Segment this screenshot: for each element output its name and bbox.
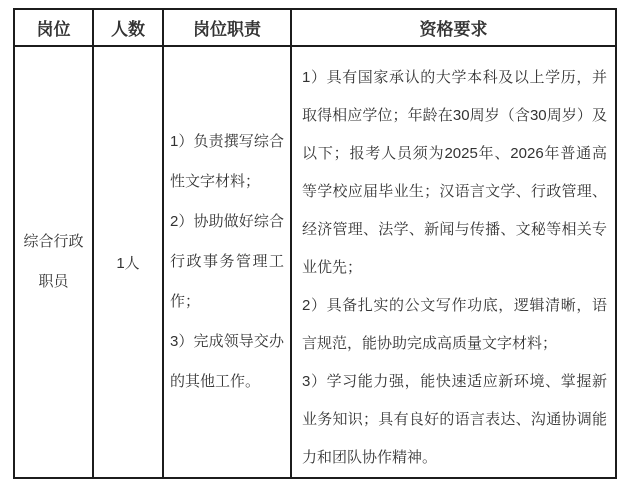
cell-duties: 1）负责撰写综合性文字材料；2）协助做好综合行政事务管理工作；3）完成领导交办的… [163, 46, 291, 478]
text-paragraph: 3）完成领导交办的其他工作。 [170, 322, 284, 402]
header-position: 岗位 [14, 9, 93, 46]
text-paragraph: 2）具备扎实的公文写作功底，逻辑清晰，语言规范，能协助完成高质量文字材料； [302, 287, 607, 363]
cell-headcount: 1人 [93, 46, 163, 478]
text-paragraph: 3）学习能力强，能快速适应新环境、掌握新业务知识；具有良好的语言表达、沟通协调能… [302, 363, 607, 477]
job-postings-table: 岗位 人数 岗位职责 资格要求 综合行政职员 1人 1）负责撰写综合性文字材料；… [13, 8, 617, 479]
header-duties: 岗位职责 [163, 9, 291, 46]
header-headcount: 人数 [93, 9, 163, 46]
table-header-row: 岗位 人数 岗位职责 资格要求 [14, 9, 616, 46]
header-requirements: 资格要求 [291, 9, 616, 46]
job-table-container: 岗位 人数 岗位职责 资格要求 综合行政职员 1人 1）负责撰写综合性文字材料；… [13, 8, 617, 479]
table-row: 综合行政职员 1人 1）负责撰写综合性文字材料；2）协助做好综合行政事务管理工作… [14, 46, 616, 478]
text-paragraph: 1）负责撰写综合性文字材料； [170, 122, 284, 202]
cell-requirements: 1）具有国家承认的大学本科及以上学历，并取得相应学位；年龄在30周岁（含30周岁… [291, 46, 616, 478]
text-paragraph: 1）具有国家承认的大学本科及以上学历，并取得相应学位；年龄在30周岁（含30周岁… [302, 59, 607, 287]
cell-position: 综合行政职员 [14, 46, 93, 478]
text-paragraph: 2）协助做好综合行政事务管理工作； [170, 202, 284, 322]
position-text: 综合行政职员 [22, 222, 86, 302]
